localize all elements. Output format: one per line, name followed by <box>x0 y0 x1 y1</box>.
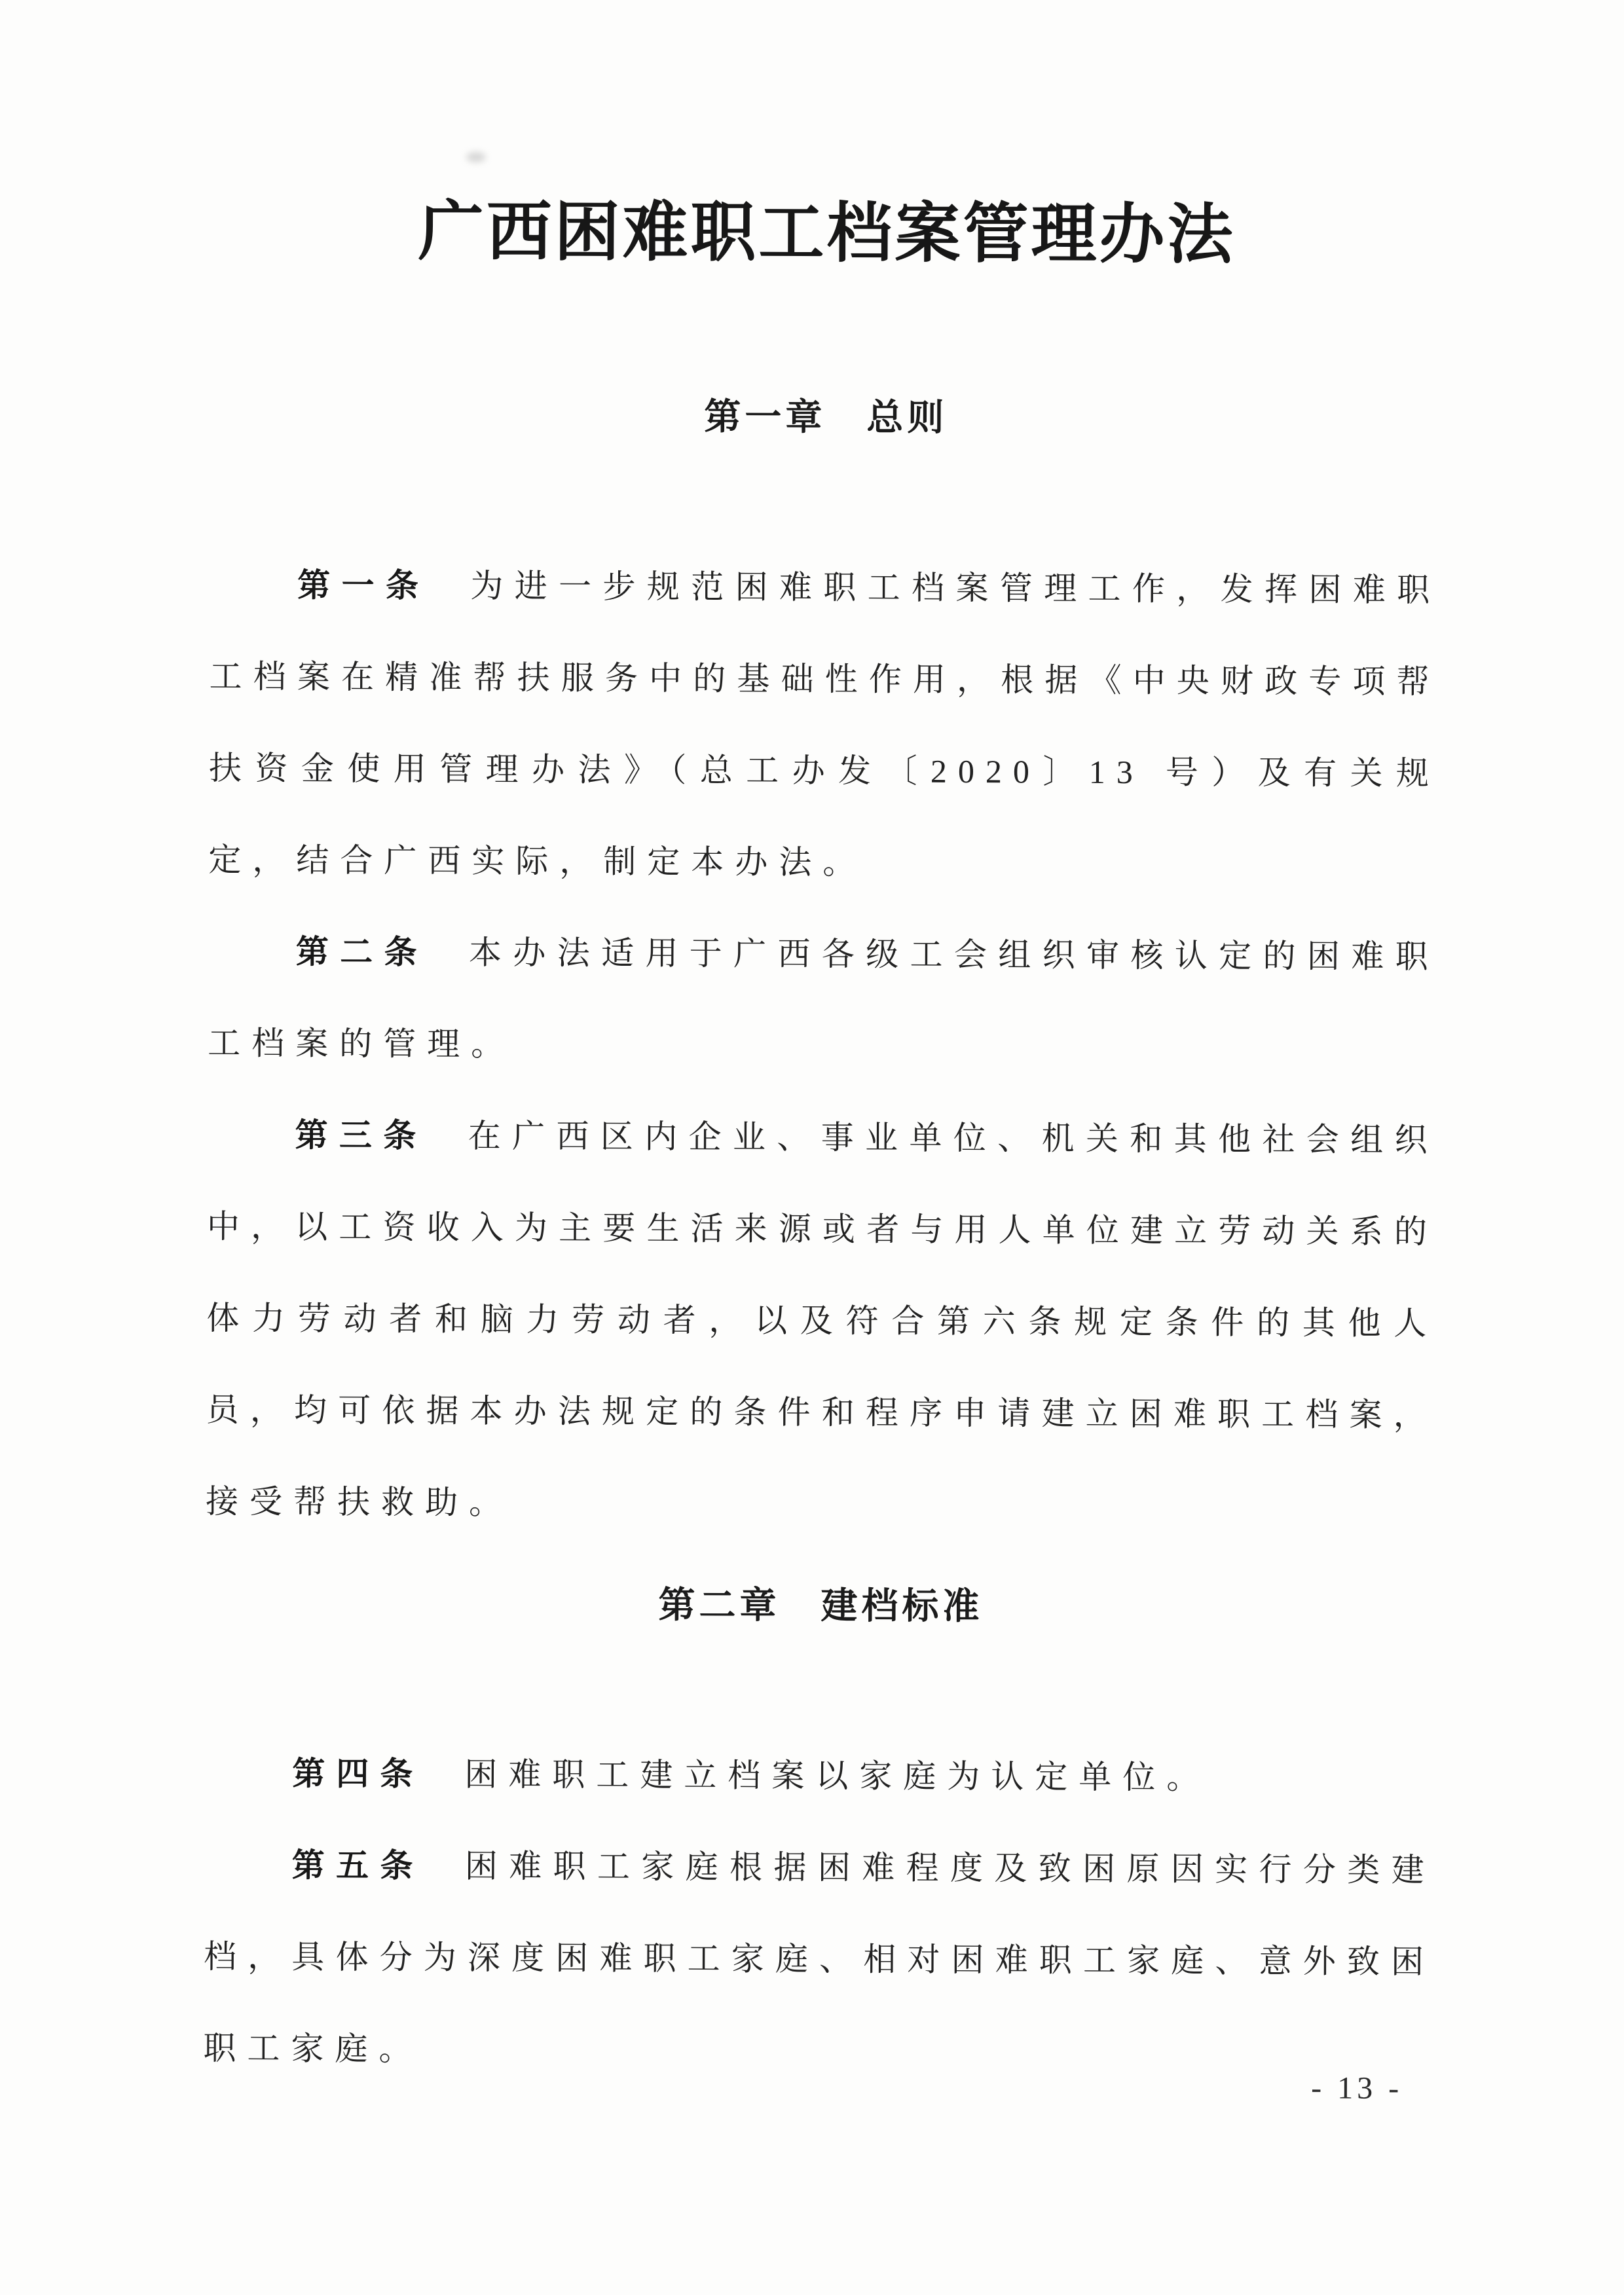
article-label: 第一条 <box>297 567 430 604</box>
article-paragraph: 第三条在广西区内企业、事业单位、机关和其他社会组织中，以工资收入为主要生活来源或… <box>206 1089 1439 1552</box>
chapter-heading: 第一章 总则 <box>210 392 1441 443</box>
document-body: 第一章 总则第一条为进一步规范困难职工档案管理工作，发挥困难职工档案在精准帮扶服… <box>203 392 1441 2099</box>
chapter-section: 第二章 建档标准第四条困难职工建立档案以家庭为认定单位。第五条困难职工家庭根据困… <box>203 1580 1436 2099</box>
scan-area: 广西困难职工档案管理办法 第一章 总则第一条为进一步规范困难职工档案管理工作，发… <box>0 0 1624 2295</box>
article-text: 为进一步规范困难职工档案管理工作，发挥困难职工档案在精准帮扶服务中的基础性作用，… <box>208 568 1441 881</box>
chapter-section: 第一章 总则第一条为进一步规范困难职工档案管理工作，发挥困难职工档案在精准帮扶服… <box>206 392 1442 1552</box>
page-number: - 13 - <box>1311 2070 1403 2106</box>
article-label: 第三条 <box>295 1117 427 1154</box>
article-paragraph: 第四条困难职工建立档案以家庭为认定单位。 <box>204 1727 1436 1824</box>
document-page: 广西困难职工档案管理办法 第一章 总则第一条为进一步规范困难职工档案管理工作，发… <box>0 0 1624 2295</box>
article-text: 困难职工建立档案以家庭为认定单位。 <box>464 1756 1210 1796</box>
article-paragraph: 第一条为进一步规范困难职工档案管理工作，发挥困难职工档案在精准帮扶服务中的基础性… <box>208 539 1441 911</box>
article-label: 第四条 <box>292 1755 424 1793</box>
article-paragraph: 第二条本办法适用于广西各级工会组织审核认定的困难职工档案的管理。 <box>208 906 1439 1094</box>
chapter-heading: 第二章 建档标准 <box>205 1580 1436 1631</box>
article-text: 在广西区内企业、事业单位、机关和其他社会组织中，以工资收入为主要生活来源或者与用… <box>206 1118 1439 1521</box>
article-paragraph: 第五条困难职工家庭根据困难程度及致困原因实行分类建档，具体分为深度困难职工家庭、… <box>203 1819 1435 2099</box>
article-label: 第二条 <box>296 934 428 971</box>
document-title: 广西困难职工档案管理办法 <box>211 189 1443 279</box>
article-label: 第五条 <box>292 1847 424 1884</box>
